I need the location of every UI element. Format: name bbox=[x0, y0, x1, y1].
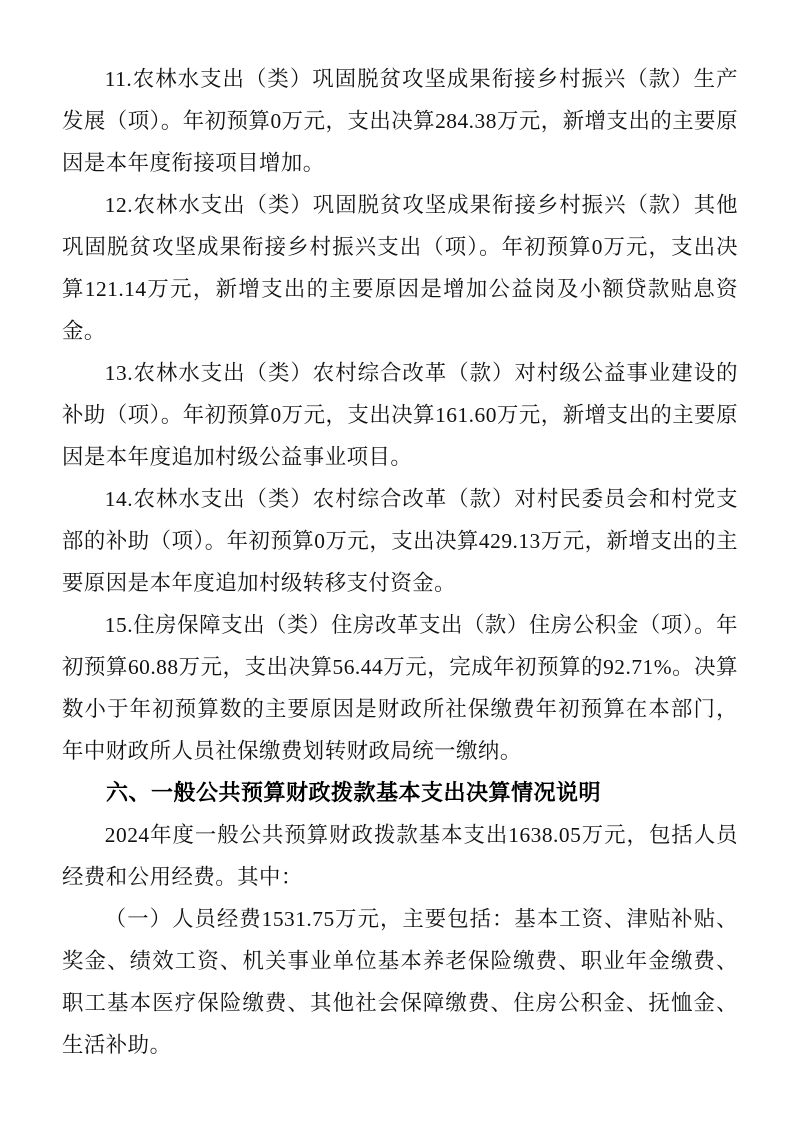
paragraph-basic-expenditure-total: 2024年度一般公共预算财政拨款基本支出1638.05万元，包括人员经费和公用经… bbox=[62, 814, 738, 898]
section-heading-basic-expenditure: 六、一般公共预算财政拨款基本支出决算情况说明 bbox=[62, 772, 738, 814]
paragraph-item-15: 15.住房保障支出（类）住房改革支出（款）住房公积金（项）。年初预算60.88万… bbox=[62, 604, 738, 772]
paragraph-item-13: 13.农林水支出（类）农村综合改革（款）对村级公益事业建设的补助（项）。年初预算… bbox=[62, 352, 738, 478]
paragraph-item-12: 12.农林水支出（类）巩固脱贫攻坚成果衔接乡村振兴（款）其他巩固脱贫攻坚成果衔接… bbox=[62, 184, 738, 352]
document-page: 11.农林水支出（类）巩固脱贫攻坚成果衔接乡村振兴（款）生产发展（项）。年初预算… bbox=[0, 0, 793, 1122]
paragraph-item-11: 11.农林水支出（类）巩固脱贫攻坚成果衔接乡村振兴（款）生产发展（项）。年初预算… bbox=[62, 58, 738, 184]
paragraph-personnel-expense: （一）人员经费1531.75万元，主要包括：基本工资、津贴补贴、奖金、绩效工资、… bbox=[62, 898, 738, 1066]
paragraph-item-14: 14.农林水支出（类）农村综合改革（款）对村民委员会和村党支部的补助（项）。年初… bbox=[62, 478, 738, 604]
